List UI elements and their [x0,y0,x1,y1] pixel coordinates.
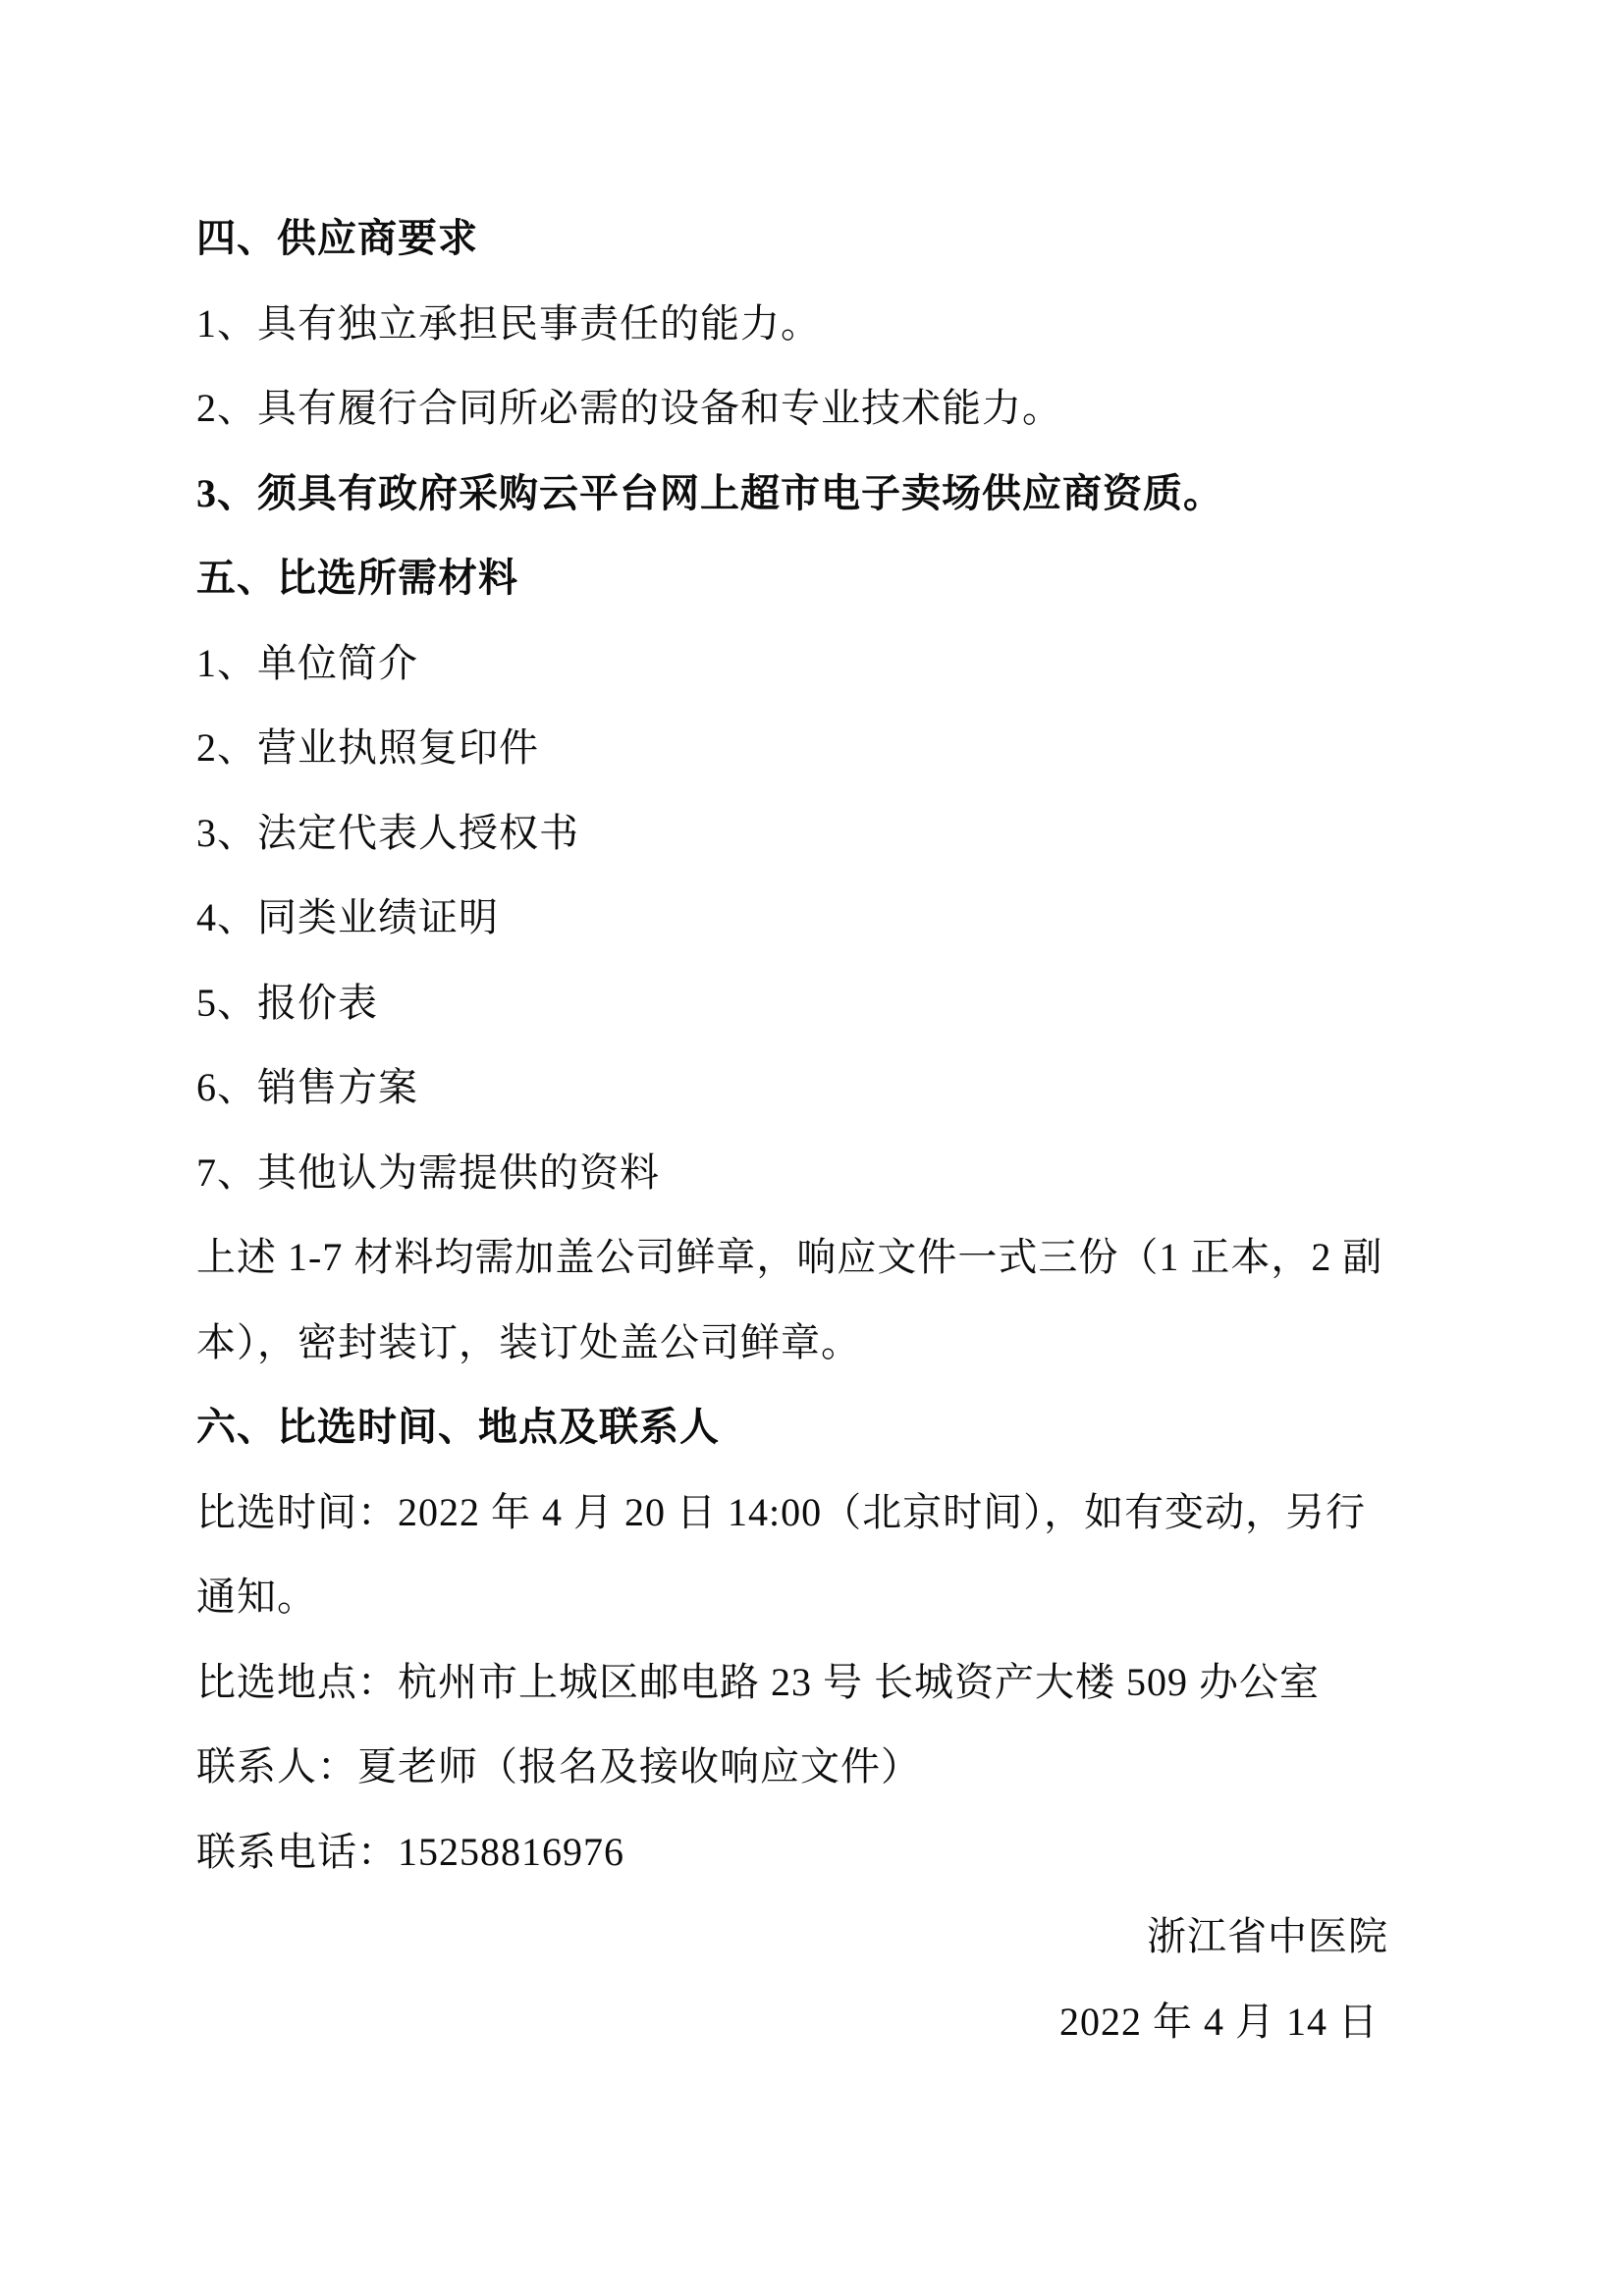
material-item-7: 7、其他认为需提供的资料 [196,1131,1516,1216]
supplier-requirement-item-2: 2、具有履行合同所必需的设备和专业技术能力。 [196,366,1516,452]
supplier-requirement-item-1: 1、具有独立承担民事责任的能力。 [196,282,1516,367]
material-item-2: 2、营业执照复印件 [196,706,1516,791]
bid-time-paragraph: 比选时间：2022 年 4 月 20 日 14:00（北京时间），如有变动，另行… [196,1470,1516,1640]
signature-date: 2022 年 4 月 14 日 [196,1980,1516,2065]
signature-organization: 浙江省中医院 [196,1895,1516,1980]
supplier-requirement-item-3: 3、须具有政府采购云平台网上超市电子卖场供应商资质。 [196,452,1516,537]
section-heading-required-materials: 五、比选所需材料 [196,536,1516,621]
material-item-3: 3、法定代表人授权书 [196,791,1516,877]
bid-location-line: 比选地点：杭州市上城区邮电路 23 号 长城资产大楼 509 办公室 [196,1640,1516,1726]
document-page: 四、供应商要求 1、具有独立承担民事责任的能力。 2、具有履行合同所必需的设备和… [0,0,1624,2296]
section-heading-time-place-contact: 六、比选时间、地点及联系人 [196,1385,1516,1470]
material-item-6: 6、销售方案 [196,1045,1516,1131]
materials-note-paragraph: 上述 1-7 材料均需加盖公司鲜章，响应文件一式三份（1 正本，2 副 本），密… [196,1215,1516,1385]
section-heading-supplier-requirements: 四、供应商要求 [196,196,1516,282]
contact-phone-line: 联系电话：15258816976 [196,1810,1516,1896]
material-item-5: 5、报价表 [196,961,1516,1046]
document-body: 四、供应商要求 1、具有独立承担民事责任的能力。 2、具有履行合同所必需的设备和… [196,196,1516,2064]
material-item-1: 1、单位简介 [196,621,1516,707]
material-item-4: 4、同类业绩证明 [196,876,1516,961]
contact-person-line: 联系人：夏老师（报名及接收响应文件） [196,1725,1516,1810]
